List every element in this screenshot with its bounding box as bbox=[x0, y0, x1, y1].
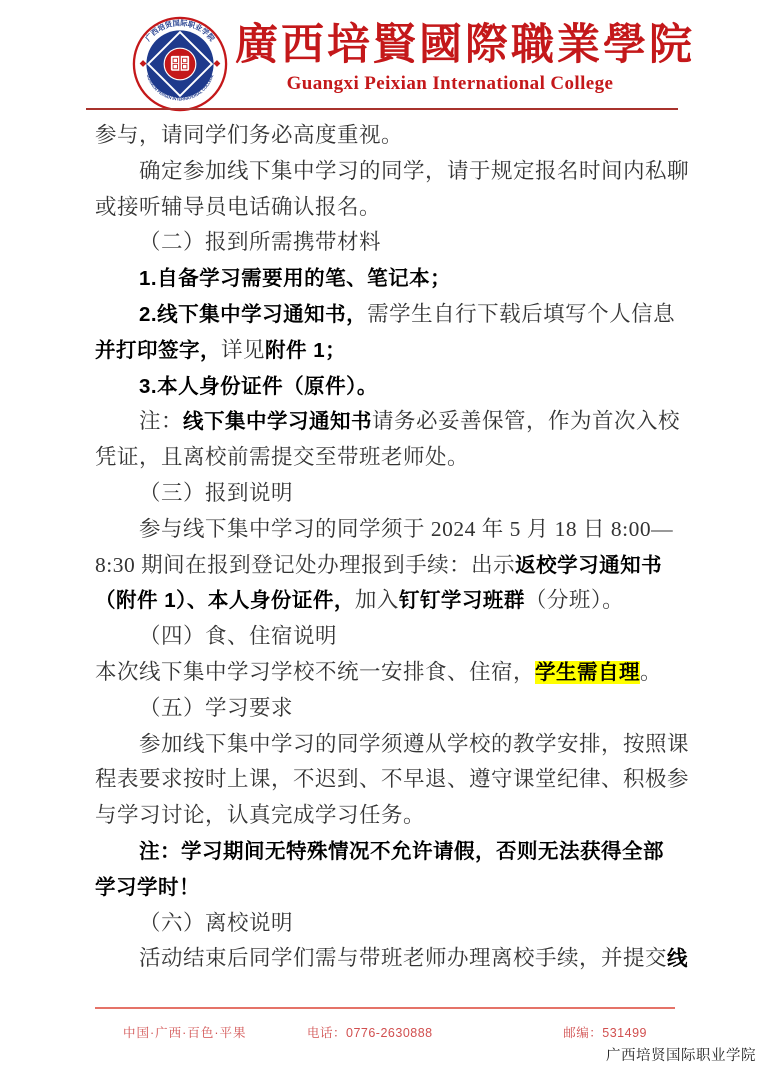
text-run: 。 bbox=[640, 660, 662, 684]
body-line: （二）报到所需携带材料 bbox=[95, 225, 675, 261]
text-run: 参与线下集中学习的同学须于 2024 年 5 月 18 日 8:00— bbox=[139, 517, 673, 541]
footer-address: 中国·广西·百色·平果 bbox=[123, 1023, 247, 1041]
body-line: 参加线下集中学习的同学须遵从学校的教学安排，按照课 bbox=[95, 727, 675, 763]
footer-postcode: 邮编：531499 bbox=[563, 1023, 647, 1041]
body-line: 与学习讨论，认真完成学习任务。 bbox=[95, 798, 675, 834]
text-run: （六）离校说明 bbox=[139, 911, 293, 935]
text-run: （分班）。 bbox=[525, 588, 624, 612]
bold-text-run: 返校学习通知书 bbox=[515, 554, 662, 577]
bold-text-run: 2.线下集中学习通知书， bbox=[139, 303, 367, 326]
body-line: 凭证，且离校前需提交至带班老师处。 bbox=[95, 440, 675, 476]
bold-text-run: 并打印签字， bbox=[95, 339, 221, 362]
bold-text-run: 3.本人身份证件（原件）。 bbox=[139, 375, 378, 398]
body-line: 注：学习期间无特殊情况不允许请假，否则无法获得全部 bbox=[95, 834, 675, 870]
body-line: 并打印签字，详见附件 1； bbox=[95, 333, 675, 369]
text-run: 请务必妥善保管，作为首次入校 bbox=[372, 409, 680, 433]
body-line: 确定参加线下集中学习的同学，请于规定报名时间内私聊 bbox=[95, 154, 675, 190]
text-run: 程表要求按时上课，不迟到、不早退、遵守课堂纪律、积极参 bbox=[95, 767, 689, 791]
college-title-cn: 廣西培賢國際職業學院 bbox=[235, 20, 665, 72]
text-run: 参与，请同学们务必高度重视。 bbox=[95, 123, 403, 147]
text-run: 活动结束后同学们需与带班老师办理离校手续，并提交 bbox=[139, 946, 667, 970]
footer: 中国·广西·百色·平果 电话：0776-2630888 邮编：531499 bbox=[95, 1021, 675, 1041]
body-line: 1.自备学习需要用的笔、笔记本； bbox=[95, 261, 675, 297]
body-line: 活动结束后同学们需与带班老师办理离校手续，并提交线 bbox=[95, 941, 675, 977]
text-run: （二）报到所需携带材料 bbox=[139, 230, 381, 254]
text-run: 与学习讨论，认真完成学习任务。 bbox=[95, 803, 425, 827]
text-run: 本次线下集中学习学校不统一安排食、住宿， bbox=[95, 660, 535, 684]
body-line: 2.线下集中学习通知书，需学生自行下载后填写个人信息 bbox=[95, 297, 675, 333]
body-line: 参与，请同学们务必高度重视。 bbox=[95, 118, 675, 154]
bold-text-run: 线 bbox=[667, 947, 688, 970]
header-divider bbox=[86, 108, 678, 110]
body-line: 参与线下集中学习的同学须于 2024 年 5 月 18 日 8:00— bbox=[95, 512, 675, 548]
body-line: 学习学时！ bbox=[95, 870, 675, 906]
body-line: 8:30 期间在报到登记处办理报到手续：出示返校学习通知书 bbox=[95, 548, 675, 584]
body-line: 注：线下集中学习通知书请务必妥善保管，作为首次入校 bbox=[95, 404, 675, 440]
footer-divider bbox=[95, 1007, 675, 1009]
college-title-en: Guangxi Peixian International College bbox=[235, 72, 665, 96]
text-run: （五）学习要求 bbox=[139, 696, 293, 720]
bold-text-run: 1.自备学习需要用的笔、笔记本； bbox=[139, 267, 451, 290]
body-line: 或接听辅导员电话确认报名。 bbox=[95, 190, 675, 226]
watermark-college-name: 广西培贤国际职业学院 bbox=[606, 1044, 756, 1065]
body-line: （四）食、住宿说明 bbox=[95, 619, 675, 655]
text-run: 参加线下集中学习的同学须遵从学校的教学安排，按照课 bbox=[139, 732, 689, 756]
college-titles: 廣西培賢國際職業學院 Guangxi Peixian International… bbox=[235, 20, 665, 96]
bold-text-run: 注：学习期间无特殊情况不允许请假，否则无法获得全部 bbox=[139, 840, 664, 863]
body-line: （三）报到说明 bbox=[95, 476, 675, 512]
body-line: （五）学习要求 bbox=[95, 691, 675, 727]
college-seal-icon: 广西培贤国际职业学院 GUANGXI PEIXIAN INTERNATIONAL… bbox=[132, 16, 228, 112]
text-run: 需学生自行下载后填写个人信息 bbox=[367, 302, 675, 326]
bold-text-run: 线下集中学习通知书 bbox=[183, 410, 372, 433]
text-run: 凭证，且离校前需提交至带班老师处。 bbox=[95, 445, 469, 469]
document-body: 参与，请同学们务必高度重视。确定参加线下集中学习的同学，请于规定报名时间内私聊或… bbox=[95, 118, 675, 977]
body-line: 本次线下集中学习学校不统一安排食、住宿，学生需自理。 bbox=[95, 655, 675, 691]
text-run: 加入 bbox=[355, 588, 399, 612]
open-book-icon bbox=[171, 56, 189, 71]
text-run: 确定参加线下集中学习的同学，请于规定报名时间内私聊 bbox=[139, 159, 689, 183]
bold-text-run: 学习学时！ bbox=[95, 876, 200, 899]
text-run: （四）食、住宿说明 bbox=[139, 624, 337, 648]
document-page: 广西培贤国际职业学院 GUANGXI PEIXIAN INTERNATIONAL… bbox=[0, 0, 764, 1080]
bold-text-run: 附件 1； bbox=[265, 339, 346, 362]
text-run: 详见 bbox=[221, 338, 265, 362]
letterhead: 广西培贤国际职业学院 GUANGXI PEIXIAN INTERNATIONAL… bbox=[95, 14, 675, 110]
text-run: （三）报到说明 bbox=[139, 481, 293, 505]
body-line: 程表要求按时上课，不迟到、不早退、遵守课堂纪律、积极参 bbox=[95, 762, 675, 798]
body-line: （附件 1）、本人身份证件，加入钉钉学习班群（分班）。 bbox=[95, 583, 675, 619]
text-run: 或接听辅导员电话确认报名。 bbox=[95, 195, 381, 219]
bold-text-run: （附件 1）、本人身份证件， bbox=[95, 589, 355, 612]
college-seal-svg: 广西培贤国际职业学院 GUANGXI PEIXIAN INTERNATIONAL… bbox=[132, 16, 228, 112]
footer-phone: 电话：0776-2630888 bbox=[307, 1023, 433, 1041]
highlighted-text-run: 学生需自理 bbox=[535, 661, 640, 684]
bold-text-run: 钉钉学习班群 bbox=[399, 589, 525, 612]
body-line: 3.本人身份证件（原件）。 bbox=[95, 369, 675, 405]
body-line: （六）离校说明 bbox=[95, 906, 675, 942]
text-run: 注： bbox=[139, 409, 183, 433]
text-run: 8:30 期间在报到登记处办理报到手续：出示 bbox=[95, 553, 515, 577]
